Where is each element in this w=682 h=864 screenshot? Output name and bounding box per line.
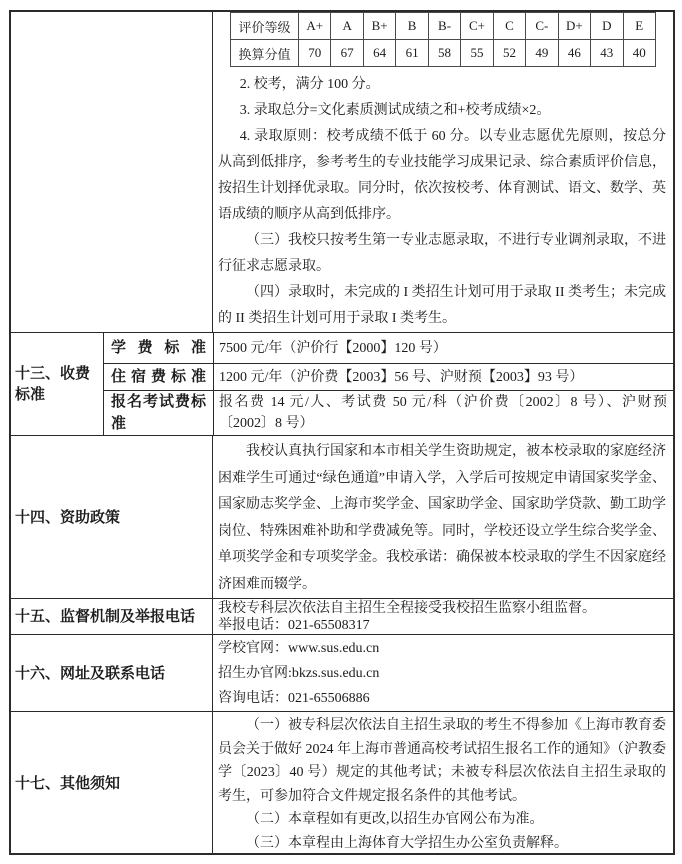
grade-row: 评价等级 A+ A B+ B B- C+ C C- D+ D E: [231, 13, 656, 40]
score-cell: 61: [396, 40, 428, 67]
school-website: 学校官网：www.sus.edu.cn: [218, 636, 666, 661]
row-section-supervision: 十五、监督机制及举报电话 我校专科层次依法自主招生全程接受我校招生监察小组监督。…: [11, 598, 673, 634]
fee-value-text: 7500 元/年（沪价行【2000】120 号）: [219, 338, 667, 359]
score-cell: 52: [493, 40, 525, 67]
grade-cell: C+: [461, 13, 493, 40]
score-cell: 55: [461, 40, 493, 67]
grade-cell: B: [396, 13, 428, 40]
grade-cell: D+: [558, 13, 590, 40]
section-title-contact: 十六、网址及联系电话: [11, 635, 213, 711]
supervision-content: 我校专科层次依法自主招生全程接受我校招生监察小组监督。 举报电话：021-655…: [213, 599, 673, 634]
fee-value-tuition: 7500 元/年（沪价行【2000】120 号）: [214, 333, 673, 363]
fee-row-accommodation: 住宿费标准 1200 元/年（沪价费【2003】56 号、沪财预【2003】93…: [104, 363, 673, 390]
fee-value-exam: 报名费 14 元/人、考试费 50 元/科（沪价费〔2002〕8 号）、沪财预〔…: [214, 391, 673, 435]
fee-label-tuition: 学费标准: [104, 333, 214, 363]
row-section-other: 十七、其他须知 （一）被专科层次依法自主招生录取的考生不得参加《上海市教育委员会…: [11, 711, 673, 855]
score-cell: 58: [428, 40, 460, 67]
grade-cell: D: [591, 13, 623, 40]
section-title-text: 十三、收费标准: [15, 363, 99, 405]
fee-label-text: 报名考试费标准: [111, 391, 206, 435]
fee-row-tuition: 学费标准 7500 元/年（沪价行【2000】120 号）: [104, 333, 673, 363]
fee-value-accommodation: 1200 元/年（沪价费【2003】56 号、沪财预【2003】93 号）: [214, 364, 673, 390]
grade-cell: B-: [428, 13, 460, 40]
score-cell: 49: [526, 40, 558, 67]
grade-cell: C: [493, 13, 525, 40]
score-row-label: 换算分值: [231, 40, 299, 67]
document-page: 评价等级 A+ A B+ B B- C+ C C- D+ D E 换: [0, 0, 682, 864]
report-phone: 举报电话：021-65508317: [218, 617, 666, 634]
section-title-supervision: 十五、监督机制及举报电话: [11, 599, 213, 634]
grade-cell: A: [331, 13, 363, 40]
contact-content: 学校官网：www.sus.edu.cn 招生办官网:bkzs.sus.edu.c…: [213, 635, 673, 711]
rule-paragraph: 3. 录取总分=文化素质测试成绩之和+校考成绩×2。: [218, 98, 666, 124]
row-section-contact: 十六、网址及联系电话 学校官网：www.sus.edu.cn 招生办官网:bkz…: [11, 634, 673, 711]
other-paragraph: （三）本章程由上海体育大学招生办公室负责解释。: [218, 832, 666, 856]
row-section-fees: 十三、收费标准 学费标准 7500 元/年（沪价行【2000】120 号） 住宿…: [11, 332, 673, 435]
section-title-text: 十四、资助政策: [15, 507, 120, 528]
fee-value-text: 1200 元/年（沪价费【2003】56 号、沪财预【2003】93 号）: [219, 367, 667, 388]
fees-subrows: 学费标准 7500 元/年（沪价行【2000】120 号） 住宿费标准 1200…: [104, 333, 673, 435]
other-paragraph: （二）本章程如有更改,以招生办官网公布为准。: [218, 808, 666, 832]
section-title-aid: 十四、资助政策: [11, 436, 213, 598]
rule-paragraph: 2. 校考，满分 100 分。: [218, 72, 666, 98]
other-content: （一）被专科层次依法自主招生录取的考生不得参加《上海市教育委员会关于做好 202…: [213, 712, 673, 855]
rule-paragraph: （三）我校只按考生第一专业志愿录取，不进行专业调剂录取，不进行征求志愿录取。: [218, 228, 666, 280]
inquiry-phone: 咨询电话：021-65506886: [218, 686, 666, 711]
admission-regulations-table: 评价等级 A+ A B+ B B- C+ C C- D+ D E 换: [9, 10, 675, 855]
rule-paragraph: （四）录取时，未完成的 I 类招生计划可用于录取 II 类考生；未完成的 II …: [218, 280, 666, 332]
score-cell: 40: [623, 40, 655, 67]
supervision-line: 我校专科层次依法自主招生全程接受我校招生监察小组监督。: [218, 600, 666, 617]
aid-content: 我校认真执行国家和本市相关学生资助规定，被本校录取的家庭经济困难学生可通过“绿色…: [213, 436, 673, 598]
grade-conversion-table: 评价等级 A+ A B+ B B- C+ C C- D+ D E 换: [230, 12, 656, 67]
grade-cell: B+: [363, 13, 395, 40]
score-cell: 46: [558, 40, 590, 67]
other-paragraph: （一）被专科层次依法自主招生录取的考生不得参加《上海市教育委员会关于做好 202…: [218, 714, 666, 808]
fee-label-accommodation: 住宿费标准: [104, 364, 214, 390]
aid-paragraph: 我校认真执行国家和本市相关学生资助规定，被本校录取的家庭经济困难学生可通过“绿色…: [218, 439, 666, 598]
empty-title-cell: [11, 12, 213, 332]
row-admission-rules-continued: 评价等级 A+ A B+ B B- C+ C C- D+ D E 换: [11, 12, 673, 332]
score-row: 换算分值 70 67 64 61 58 55 52 49 46 43 40: [231, 40, 656, 67]
fee-label-exam: 报名考试费标准: [104, 391, 214, 435]
section-title-other: 十七、其他须知: [11, 712, 213, 855]
score-cell: 64: [363, 40, 395, 67]
score-cell: 43: [591, 40, 623, 67]
fee-label-text: 学费标准: [111, 337, 206, 359]
score-cell: 67: [331, 40, 363, 67]
section-title-text: 十六、网址及联系电话: [15, 663, 165, 684]
grade-cell: A+: [299, 13, 331, 40]
grade-row-label: 评价等级: [231, 13, 299, 40]
admission-rules-content: 评价等级 A+ A B+ B B- C+ C C- D+ D E 换: [213, 12, 673, 332]
grade-cell: C-: [526, 13, 558, 40]
section-title-text: 十七、其他须知: [15, 773, 120, 794]
fee-row-exam: 报名考试费标准 报名费 14 元/人、考试费 50 元/科（沪价费〔2002〕8…: [104, 390, 673, 435]
rule-paragraph: 4. 录取原则：校考成绩不低于 60 分。以专业志愿优先原则，按总分从高到低排序…: [218, 124, 666, 228]
section-title-text: 十五、监督机制及举报电话: [15, 606, 195, 627]
section-title-fees: 十三、收费标准: [11, 333, 104, 435]
fee-value-text: 报名费 14 元/人、考试费 50 元/科（沪价费〔2002〕8 号）、沪财预〔…: [219, 392, 667, 434]
row-section-aid: 十四、资助政策 我校认真执行国家和本市相关学生资助规定，被本校录取的家庭经济困难…: [11, 435, 673, 598]
fee-label-text: 住宿费标准: [111, 366, 206, 388]
grade-cell: E: [623, 13, 655, 40]
admissions-website: 招生办官网:bkzs.sus.edu.cn: [218, 661, 666, 686]
score-cell: 70: [299, 40, 331, 67]
